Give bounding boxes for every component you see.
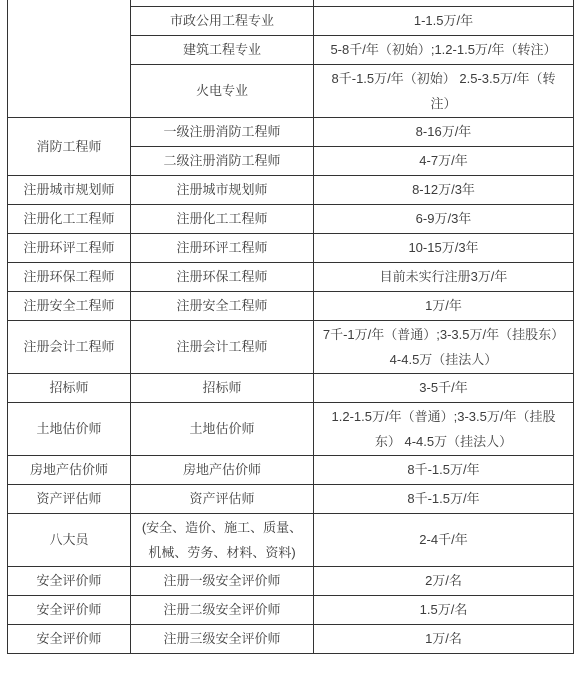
price-cell: 2万/名	[314, 566, 574, 595]
category-cell: 注册环保工程师	[8, 262, 131, 291]
price-cell: 10-15万/3年	[314, 233, 574, 262]
table-row: 安全评价师注册三级安全评价师1万/名	[8, 624, 574, 653]
price-cell: 目前未实行注册3万/年	[314, 262, 574, 291]
certificate-cell: (安全、造价、施工、质量、机械、劳务、材料、资料)	[131, 513, 314, 566]
certificate-cell: 市政公用工程专业	[131, 6, 314, 35]
category-cell: 房地产估价师	[8, 455, 131, 484]
certificate-cell: 注册会计工程师	[131, 320, 314, 373]
price-cell: 4-7万/年	[314, 146, 574, 175]
table-row: 安全评价师注册一级安全评价师2万/名	[8, 566, 574, 595]
table-row: 安全评价师注册二级安全评价师1.5万/名	[8, 595, 574, 624]
price-cell: 8-12万/3年	[314, 175, 574, 204]
category-cell: 注册化工工程师	[8, 204, 131, 233]
certificate-cell: 注册安全工程师	[131, 291, 314, 320]
price-cell: 8千-1.5万/年	[314, 484, 574, 513]
certificate-cell: 一级注册消防工程师	[131, 117, 314, 146]
table-row: 注册环评工程师注册环评工程师10-15万/3年	[8, 233, 574, 262]
certificate-cell: 招标师	[131, 373, 314, 402]
category-cell: 安全评价师	[8, 566, 131, 595]
certificate-cell: 注册环保工程师	[131, 262, 314, 291]
category-cell: 土地估价师	[8, 402, 131, 455]
table-row: 注册城市规划师注册城市规划师8-12万/3年	[8, 175, 574, 204]
certificate-cell: 房地产估价师	[131, 455, 314, 484]
category-cell: 注册咨询师	[8, 0, 131, 117]
table-row: 注册会计工程师注册会计工程师7千-1万/年（普通）;3-3.5万/年（挂股东） …	[8, 320, 574, 373]
certificate-cell: 火电专业	[131, 64, 314, 117]
certificate-cell: 注册二级安全评价师	[131, 595, 314, 624]
table-row: 土地估价师土地估价师1.2-1.5万/年（普通）;3-3.5万/年（挂股东） 4…	[8, 402, 574, 455]
certificate-cell: 注册化工工程师	[131, 204, 314, 233]
category-cell: 注册环评工程师	[8, 233, 131, 262]
category-cell: 安全评价师	[8, 624, 131, 653]
table-row: 注册安全工程师注册安全工程师1万/年	[8, 291, 574, 320]
certificate-cell: 资产评估师	[131, 484, 314, 513]
price-cell: 6-9万/3年	[314, 204, 574, 233]
table-row: 招标师招标师3-5千/年	[8, 373, 574, 402]
price-cell: 8-16万/年	[314, 117, 574, 146]
category-cell: 消防工程师	[8, 117, 131, 175]
price-cell: 3-5千/年	[314, 373, 574, 402]
certificate-cell: 建筑工程专业	[131, 35, 314, 64]
certificate-cell: 二级注册消防工程师	[131, 146, 314, 175]
category-cell: 注册安全工程师	[8, 291, 131, 320]
table-row: 资产评估师资产评估师8千-1.5万/年	[8, 484, 574, 513]
certificate-cell: 注册三级安全评价师	[131, 624, 314, 653]
category-cell: 注册会计工程师	[8, 320, 131, 373]
certificate-cell: 注册环评工程师	[131, 233, 314, 262]
category-cell: 八大员	[8, 513, 131, 566]
price-cell: 1-1.5万/年	[314, 6, 574, 35]
certificate-price-table: 注册咨询师市政公用工程专业1-1.5万/年建筑工程专业5-8千/年（初始）;1.…	[7, 0, 574, 654]
price-cell: 1.2-1.5万/年（普通）;3-3.5万/年（挂股东） 4-4.5万（挂法人）	[314, 402, 574, 455]
price-cell: 2-4千/年	[314, 513, 574, 566]
price-cell: 7千-1万/年（普通）;3-3.5万/年（挂股东） 4-4.5万（挂法人）	[314, 320, 574, 373]
category-cell: 招标师	[8, 373, 131, 402]
certificate-cell: 土地估价师	[131, 402, 314, 455]
certificate-cell: 注册一级安全评价师	[131, 566, 314, 595]
table-row: 房地产估价师房地产估价师8千-1.5万/年	[8, 455, 574, 484]
price-cell: 1万/年	[314, 291, 574, 320]
price-cell: 1.5万/名	[314, 595, 574, 624]
price-cell: 5-8千/年（初始）;1.2-1.5万/年（转注）	[314, 35, 574, 64]
price-cell: 8千-1.5万/年	[314, 455, 574, 484]
category-cell: 资产评估师	[8, 484, 131, 513]
table-body: 注册咨询师市政公用工程专业1-1.5万/年建筑工程专业5-8千/年（初始）;1.…	[8, 0, 574, 653]
category-cell: 注册城市规划师	[8, 175, 131, 204]
table-row: 注册环保工程师注册环保工程师目前未实行注册3万/年	[8, 262, 574, 291]
certificate-cell: 注册城市规划师	[131, 175, 314, 204]
table-row: 注册化工工程师注册化工工程师6-9万/3年	[8, 204, 574, 233]
page: 注册咨询师市政公用工程专业1-1.5万/年建筑工程专业5-8千/年（初始）;1.…	[0, 0, 581, 674]
table-row: 消防工程师一级注册消防工程师8-16万/年	[8, 117, 574, 146]
price-cell: 8千-1.5万/年（初始） 2.5-3.5万/年（转注）	[314, 64, 574, 117]
table-row: 八大员(安全、造价、施工、质量、机械、劳务、材料、资料)2-4千/年	[8, 513, 574, 566]
category-cell: 安全评价师	[8, 595, 131, 624]
price-cell: 1万/名	[314, 624, 574, 653]
